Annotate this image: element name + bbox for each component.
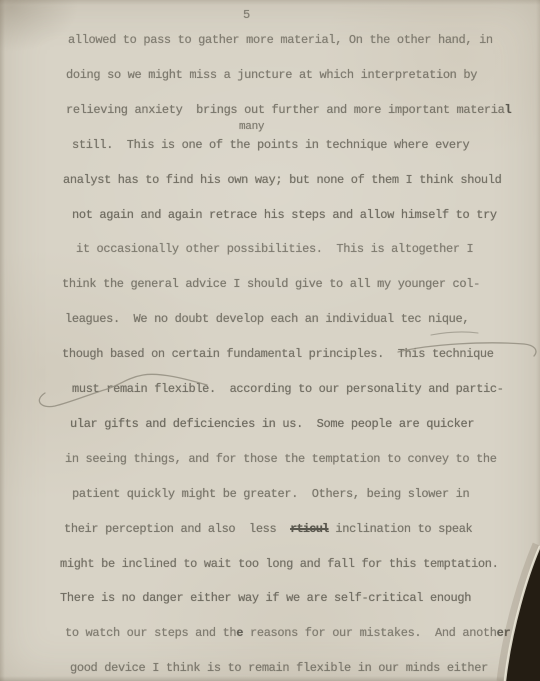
text-line: in seeing things, and for those the temp… — [65, 452, 497, 466]
text-segment: not again and again retrace his steps an… — [72, 208, 497, 222]
typewritten-manuscript-page: 5 allowed to pass to gather more materia… — [0, 0, 540, 681]
typed-insertion-word: many — [239, 121, 264, 133]
text-segment: still. This is one of the points in tech… — [72, 138, 469, 152]
text-segment: er — [497, 626, 511, 640]
struck-out-text: rticul — [290, 522, 328, 536]
text-segment: to watch our steps and th — [65, 626, 236, 640]
pencil-dash-annotation — [431, 332, 478, 335]
text-line: ular gifts and deficiencies in us. Some … — [70, 417, 474, 431]
text-line: though based on certain fundamental prin… — [62, 347, 494, 361]
text-line: good device I think is to remain flexibl… — [70, 661, 488, 675]
text-segment: inclination to speak — [329, 522, 473, 536]
text-line: There is no danger either way if we are … — [60, 591, 471, 605]
corner-fold-shadow — [500, 544, 536, 681]
text-segment: patient quickly might be greater. Others… — [72, 487, 469, 501]
text-line: think the general advice I should give t… — [62, 277, 480, 291]
text-line: must remain flexible. according to our p… — [72, 382, 504, 396]
text-segment: though based on certain fundamental prin… — [62, 347, 494, 361]
text-line: still. This is one of the points in tech… — [72, 138, 469, 152]
page-corner-backdrop — [505, 546, 540, 681]
text-line: it occasionally other possibilities. Thi… — [76, 242, 473, 256]
text-segment: analyst has to find his own way; but non… — [63, 173, 501, 187]
text-segment: it occasionally other possibilities. Thi… — [76, 242, 473, 256]
text-line: their perception and also less rticul in… — [64, 522, 472, 536]
text-line: analyst has to find his own way; but non… — [63, 173, 501, 187]
text-line: to watch our steps and the reasons for o… — [65, 626, 510, 640]
text-line: leagues. We no doubt develop each an ind… — [65, 312, 469, 326]
text-segment: in seeing things, and for those the temp… — [65, 452, 497, 466]
page-corner-edge-highlight — [505, 546, 540, 681]
text-line: not again and again retrace his steps an… — [72, 208, 497, 222]
text-segment: doing so we might miss a juncture at whi… — [66, 68, 477, 82]
text-segment: good device I think is to remain flexibl… — [70, 661, 488, 675]
text-segment: allowed to pass to gather more material,… — [68, 33, 493, 47]
text-segment: think the general advice I should give t… — [62, 277, 480, 291]
text-segment: reasons for our mistakes. And anoth — [243, 626, 497, 640]
text-segment: leagues. We no doubt develop each an ind… — [65, 312, 469, 326]
text-segment: There is no danger either way if we are … — [60, 591, 471, 605]
text-segment: might be inclined to wait too long and f… — [60, 557, 498, 571]
text-line: might be inclined to wait too long and f… — [60, 557, 498, 571]
text-segment: l — [504, 103, 511, 117]
text-segment: ular gifts and deficiencies in us. Some … — [70, 417, 474, 431]
text-line: doing so we might miss a juncture at whi… — [66, 68, 477, 82]
text-line: patient quickly might be greater. Others… — [72, 487, 469, 501]
page-number: 5 — [243, 8, 250, 22]
text-line: relieving anxiety brings out further and… — [66, 103, 511, 117]
text-segment: their perception and also less — [64, 522, 290, 536]
text-line: allowed to pass to gather more material,… — [68, 33, 493, 47]
text-segment: relieving anxiety brings out further and… — [66, 103, 504, 117]
text-segment: must remain flexible. according to our p… — [72, 382, 504, 396]
